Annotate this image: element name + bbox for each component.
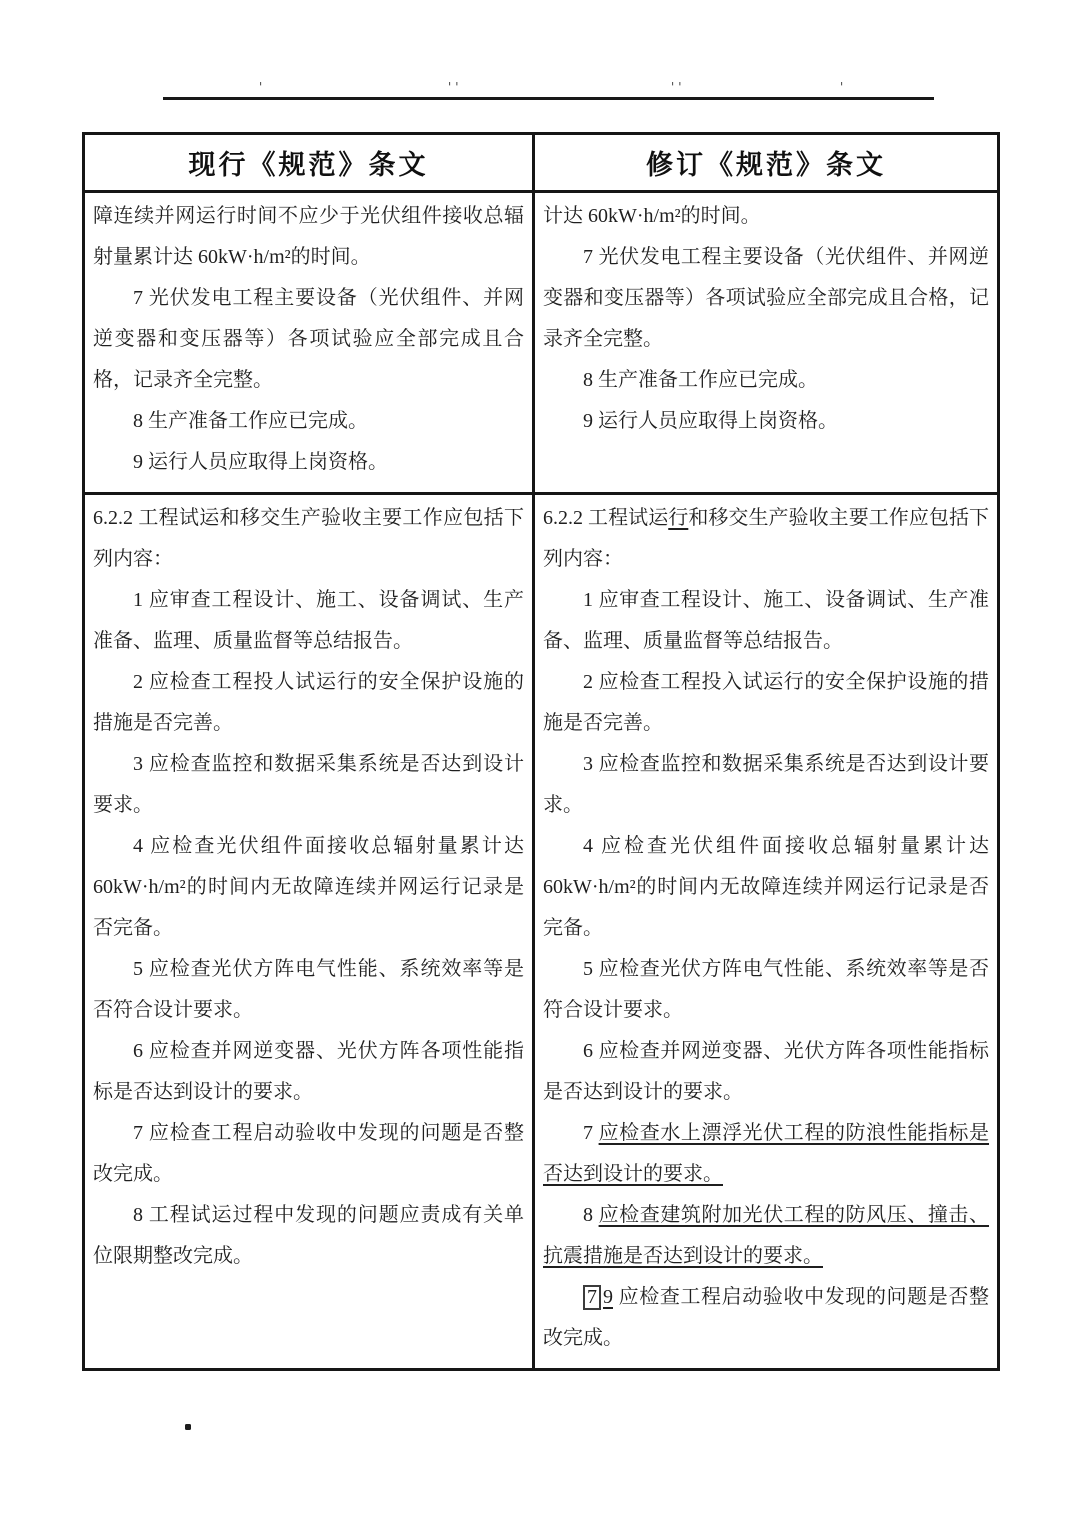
column-header-current: 现行《规范》条文 xyxy=(85,135,532,190)
clause-paragraph: 3 应检查监控和数据采集系统是否达到设计要求。 xyxy=(93,744,524,826)
clause-paragraph: 2 应检查工程投人试运行的安全保护设施的措施是否完善。 xyxy=(93,662,524,744)
clause-paragraph: 计达 60kW·h/m²的时间。 xyxy=(543,196,989,237)
clause-paragraph: 障连续并网运行时间不应少于光伏组件接收总辐射量累计达 60kW·h/m²的时间。 xyxy=(93,196,524,278)
clause-paragraph: 9 运行人员应取得上岗资格。 xyxy=(93,442,524,483)
clause-paragraph: 5 应检查光伏方阵电气性能、系统效率等是否符合设计要求。 xyxy=(543,949,989,1031)
clause-paragraph: 1 应审查工程设计、施工、设备调试、生产准备、监理、质量监督等总结报告。 xyxy=(543,580,989,662)
clause-paragraph: 6 应检查并网逆变器、光伏方阵各项性能指标是否达到设计的要求。 xyxy=(543,1031,989,1113)
clause-paragraph: 5 应检查光伏方阵电气性能、系统效率等是否符合设计要求。 xyxy=(93,949,524,1031)
clause-paragraph: 1 应审查工程设计、施工、设备调试、生产准备、监理、质量监督等总结报告。 xyxy=(93,580,524,662)
clause-paragraph: 9 运行人员应取得上岗资格。 xyxy=(543,401,989,442)
scan-artifact-mark: '' xyxy=(669,80,683,94)
clause-paragraph: 79 应检查工程启动验收中发现的问题是否整改完成。 xyxy=(543,1277,989,1359)
cell-revised-row1: 计达 60kW·h/m²的时间。 7 光伏发电工程主要设备（光伏组件、并网逆变器… xyxy=(532,190,997,492)
clause-paragraph: 7 应检查工程启动验收中发现的问题是否整改完成。 xyxy=(93,1113,524,1195)
comparison-table: 现行《规范》条文 修订《规范》条文 障连续并网运行时间不应少于光伏组件接收总辐射… xyxy=(82,132,1000,1371)
clause-paragraph: 8 生产准备工作应已完成。 xyxy=(93,401,524,442)
inserted-text: 应检查建筑附加光伏工程的防风压、撞击、抗震措施是否达到设计的要求。 xyxy=(543,1204,989,1267)
clause-paragraph: 8 工程试运过程中发现的问题应责成有关单位限期整改完成。 xyxy=(93,1195,524,1277)
clause-paragraph: 7 应检查水上漂浮光伏工程的防浪性能指标是否达到设计的要求。 xyxy=(543,1113,989,1195)
clause-number: 7 xyxy=(583,1122,599,1144)
cell-current-row2: 6.2.2 工程试运和移交生产验收主要工作应包括下列内容： 1 应审查工程设计、… xyxy=(85,492,532,1368)
scan-artifact-mark: ' xyxy=(257,80,264,94)
clause-paragraph: 2 应检查工程投入试运行的安全保护设施的措施是否完善。 xyxy=(543,662,989,744)
column-header-revised: 修订《规范》条文 xyxy=(532,135,997,190)
page-header-rule xyxy=(163,97,934,100)
clause-paragraph: 7 光伏发电工程主要设备（光伏组件、并网逆变器和变压器等）各项试验应全部完成且合… xyxy=(93,278,524,401)
inserted-text: 应检查水上漂浮光伏工程的防浪性能指标是否达到设计的要求。 xyxy=(543,1122,989,1185)
clause-paragraph: 8 应检查建筑附加光伏工程的防风压、撞击、抗震措施是否达到设计的要求。 xyxy=(543,1195,989,1277)
scan-artifact-mark: ' xyxy=(838,80,845,94)
clause-paragraph: 8 生产准备工作应已完成。 xyxy=(543,360,989,401)
cell-current-row1: 障连续并网运行时间不应少于光伏组件接收总辐射量累计达 60kW·h/m²的时间。… xyxy=(85,190,532,492)
deleted-text-boxed: 7 xyxy=(583,1285,601,1310)
inserted-text: 9 xyxy=(603,1286,613,1308)
inserted-text: 行 xyxy=(668,507,688,529)
clause-number: 8 xyxy=(583,1204,599,1226)
scan-artifact-mark: '' xyxy=(446,80,460,94)
clause-paragraph: 6.2.2 工程试运行和移交生产验收主要工作应包括下列内容： xyxy=(543,498,989,580)
stray-ink-dot xyxy=(185,1424,191,1430)
clause-paragraph: 3 应检查监控和数据采集系统是否达到设计要求。 xyxy=(543,744,989,826)
clause-text: 6.2.2 工程试运 xyxy=(543,507,668,529)
clause-paragraph: 6 应检查并网逆变器、光伏方阵各项性能指标是否达到设计的要求。 xyxy=(93,1031,524,1113)
clause-paragraph: 4 应检查光伏组件面接收总辐射量累计达 60kW·h/m²的时间内无故障连续并网… xyxy=(543,826,989,949)
clause-paragraph: 6.2.2 工程试运和移交生产验收主要工作应包括下列内容： xyxy=(93,498,524,580)
clause-paragraph: 4 应检查光伏组件面接收总辐射量累计达 60kW·h/m²的时间内无故障连续并网… xyxy=(93,826,524,949)
clause-paragraph: 7 光伏发电工程主要设备（光伏组件、并网逆变器和变压器等）各项试验应全部完成且合… xyxy=(543,237,989,360)
cell-revised-row2: 6.2.2 工程试运行和移交生产验收主要工作应包括下列内容： 1 应审查工程设计… xyxy=(532,492,997,1368)
